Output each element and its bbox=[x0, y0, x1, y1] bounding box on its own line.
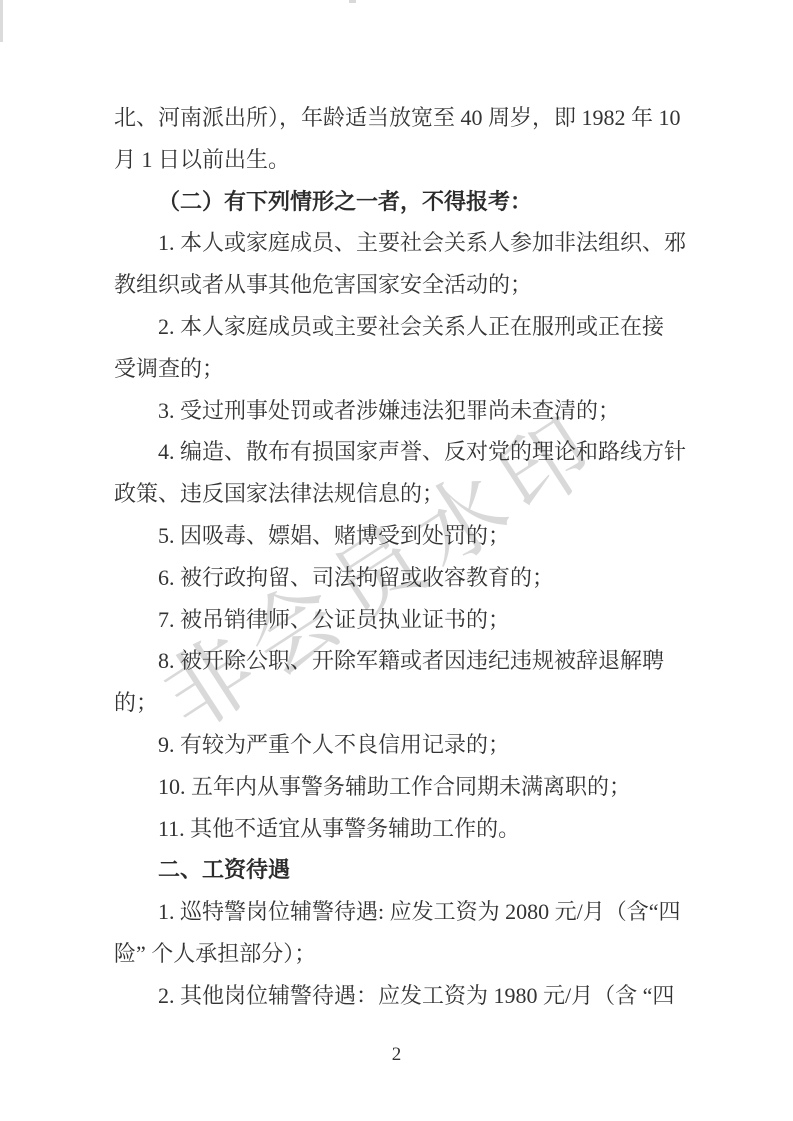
text-line: 10. 五年内从事警务辅助工作合同期未满离职的； bbox=[114, 766, 714, 808]
text-line: 9. 有较为严重个人不良信用记录的； bbox=[114, 724, 714, 766]
text-line: 北、河南派出所），年龄适当放宽至 40 周岁，即 1982 年 10 bbox=[114, 97, 714, 139]
text-line: （二）有下列情形之一者，不得报考： bbox=[114, 181, 714, 223]
text-line: 的； bbox=[114, 682, 714, 724]
document-body: 北、河南派出所），年龄适当放宽至 40 周岁，即 1982 年 10月 1 日以… bbox=[114, 97, 714, 1017]
text-line: 政策、违反国家法律法规信息的； bbox=[114, 473, 714, 515]
text-line: 7. 被吊销律师、公证员执业证书的； bbox=[114, 599, 714, 641]
text-line: 11. 其他不适宜从事警务辅助工作的。 bbox=[114, 808, 714, 850]
text-line: 教组织或者从事其他危害国家安全活动的； bbox=[114, 264, 714, 306]
text-line: 1. 巡特警岗位辅警待遇: 应发工资为 2080 元/月（含“四 bbox=[114, 891, 714, 933]
text-line: 4. 编造、散布有损国家声誉、反对党的理论和路线方针 bbox=[114, 431, 714, 473]
text-line: 险” 个人承担部分）； bbox=[114, 933, 714, 975]
text-line: 2. 其他岗位辅警待遇：应发工资为 1980 元/月（含 “四 bbox=[114, 975, 714, 1017]
text-line: 1. 本人或家庭成员、主要社会关系人参加非法组织、邪 bbox=[114, 222, 714, 264]
text-line: 5. 因吸毒、嫖娼、赌博受到处罚的； bbox=[114, 515, 714, 557]
text-line: 受调查的； bbox=[114, 348, 714, 390]
page-number: 2 bbox=[0, 1044, 793, 1066]
text-line: 月 1 日以前出生。 bbox=[114, 139, 714, 181]
text-line: 8. 被开除公职、开除军籍或者因违纪违规被辞退解聘 bbox=[114, 640, 714, 682]
text-line: 二、工资待遇 bbox=[114, 849, 714, 891]
text-line: 2. 本人家庭成员或主要社会关系人正在服刑或正在接 bbox=[114, 306, 714, 348]
document-page: 非会员水印 北、河南派出所），年龄适当放宽至 40 周岁，即 1982 年 10… bbox=[0, 0, 793, 1121]
text-line: 6. 被行政拘留、司法拘留或收容教育的； bbox=[114, 557, 714, 599]
text-line: 3. 受过刑事处罚或者涉嫌违法犯罪尚未查清的； bbox=[114, 390, 714, 432]
scan-speck-artifact bbox=[349, 0, 356, 3]
scan-edge-artifact bbox=[0, 0, 3, 42]
